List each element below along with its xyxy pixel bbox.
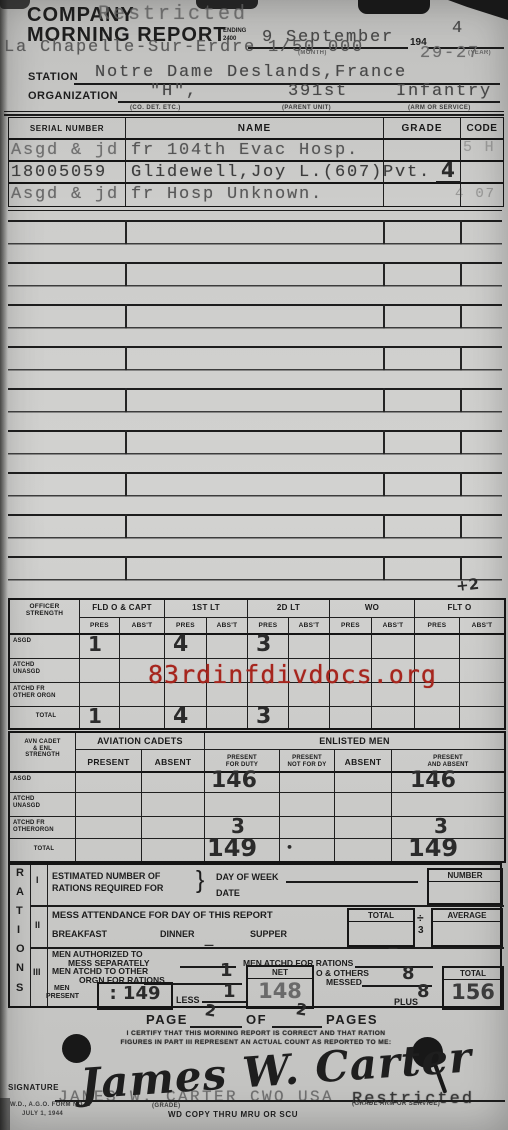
roster-row2-code-underline	[436, 181, 460, 183]
officer-cell: 4	[165, 707, 207, 728]
officer-cell	[289, 707, 330, 728]
roster-row1-code-faint: 5 H	[463, 139, 495, 156]
restricted-stamp-top: Restricted	[98, 3, 248, 26]
officer-sub-abst: ABS'T	[372, 618, 415, 635]
officer-cell	[372, 635, 415, 659]
blank-rows-divider-serial	[125, 220, 127, 599]
officer-cell	[460, 683, 504, 707]
roster-extra-rule	[8, 210, 502, 211]
enlisted-sub-av-absent: ABSENT	[142, 750, 205, 773]
site-watermark: 83rdinfdivdocs.org	[148, 660, 437, 689]
officer-cell: 1	[80, 635, 120, 659]
men-present-line1: MEN	[54, 985, 70, 992]
day-of-week-label: DAY OF WEEK	[216, 872, 279, 882]
men-present-value: : 149	[99, 983, 171, 1004]
roster-row1-serial: Asgd & jd	[9, 140, 126, 162]
rations-side-letter: R	[16, 867, 24, 879]
mess-total-box: TOTAL	[347, 908, 415, 947]
ration-total-value: 156	[444, 980, 502, 1004]
enlisted-cell: 149	[205, 839, 280, 861]
margin-note-hand: +2	[455, 575, 480, 595]
officer-group-2dlt: 2D LT	[248, 600, 330, 618]
rations-part3-numeral: III	[33, 967, 41, 977]
enlisted-cell	[335, 839, 392, 861]
pages-underline	[272, 1026, 322, 1028]
enlisted-row-label: TOTAL	[10, 839, 76, 861]
plus-label: PLUS	[394, 997, 418, 1007]
average-box: AVERAGE	[431, 908, 503, 947]
station-label: STATION	[28, 71, 78, 83]
enlisted-group-aviation: AVIATION CADETS	[76, 733, 205, 750]
officer-group-wo: WO	[330, 600, 415, 618]
mess-attendance-title: MESS ATTENDANCE FOR DAY OF THIS REPORT	[52, 910, 273, 921]
supper-label: SUPPER	[250, 929, 287, 939]
rations-estimated-line2: RATIONS REQUIRED FOR	[52, 883, 163, 893]
organization-underline	[118, 101, 500, 103]
officer-cell	[120, 707, 165, 728]
officer-row-label: TOTAL	[10, 707, 80, 728]
men-present-line2: PRESENT	[46, 993, 79, 1000]
roster-row3-serial: Asgd & jd	[9, 184, 126, 206]
enlisted-cell: 146	[205, 773, 280, 793]
form-number-line2: JULY 1, 1944	[22, 1111, 63, 1117]
roster-row3-code-faint: 4 07	[455, 186, 496, 202]
officer-cell	[207, 635, 248, 659]
rations-side-letter: I	[17, 924, 20, 936]
roster-row2-name: Glidewell,Joy L.(607)Pvt.	[126, 162, 384, 184]
signature-label: SIGNATURE	[8, 1083, 59, 1092]
officer-group-1stlt: 1ST LT	[165, 600, 248, 618]
enlisted-cell	[142, 773, 205, 793]
grade-label: (GRADE)	[152, 1103, 180, 1109]
officer-cell	[460, 659, 504, 683]
roster-row1-name: fr 104th Evac Hosp.	[126, 140, 384, 162]
double-rule-thin	[4, 111, 504, 112]
station-typed: Notre Dame Deslands,France	[95, 63, 407, 82]
enlisted-cell	[280, 817, 335, 839]
enlisted-cell: 146	[392, 773, 504, 793]
enlisted-row-label: ATCHDUNASGD	[10, 793, 76, 817]
average-box-label: AVERAGE	[433, 910, 501, 922]
plus-value: 8	[417, 981, 430, 1002]
roster-row3-name: fr Hosp Unknown.	[126, 184, 384, 206]
officer-cell	[460, 707, 504, 728]
officer-cell	[372, 707, 415, 728]
officer-sub-pres: PRES	[415, 618, 460, 635]
officer-cell: 4	[165, 635, 207, 659]
org-company-typed: "H",	[150, 82, 198, 101]
page-underline	[190, 1026, 242, 1028]
mess-total-box-label: TOTAL	[349, 910, 413, 922]
top-right-blot	[448, 0, 508, 20]
form-number-line1: W.D., A.G.O. FORM NO. 1	[10, 1102, 91, 1108]
officer-sub-pres: PRES	[330, 618, 372, 635]
officer-row-label: ATCHD FROTHER ORGN	[10, 683, 80, 707]
dash1-hand: —	[204, 940, 214, 951]
enlisted-cell	[280, 793, 335, 817]
officer-row-label: ATCHDUNASGD	[10, 659, 80, 683]
pages-label: PAGES	[326, 1012, 378, 1027]
officer-cell	[330, 635, 372, 659]
rations-part2-numeral: II	[35, 920, 40, 930]
number-box: NUMBER	[427, 868, 503, 905]
divide-sign: ÷	[417, 911, 424, 925]
enlisted-cell	[76, 793, 142, 817]
officer-cell	[289, 635, 330, 659]
officer-sub-abst: ABS'T	[207, 618, 248, 635]
dinner-label: DINNER	[160, 929, 195, 939]
enlisted-row-label: ASGD	[10, 773, 76, 793]
enlisted-cell	[335, 773, 392, 793]
roster-col-code: CODE	[461, 118, 503, 140]
left-edge-shadow	[0, 0, 8, 1130]
ration-total-box-label: TOTAL	[444, 968, 502, 980]
less-value: 1	[223, 981, 236, 1002]
officer-cell: 3	[248, 707, 289, 728]
officer-corner: OFFICERSTRENGTH	[10, 600, 80, 635]
officer-cell	[415, 707, 460, 728]
enlisted-row-label: ATCHD FROTHERORGN	[10, 817, 76, 839]
enlisted-sub-pnfd: PRESENTNOT FOR DY	[280, 750, 335, 773]
officer-group-fldo: FLD O & CAPT	[80, 600, 165, 618]
officer-row-label: ASGD	[10, 635, 80, 659]
officer-cell	[120, 635, 165, 659]
enlisted-sub-av-present: PRESENT	[76, 750, 142, 773]
enlisted-group-enlisted: ENLISTED MEN	[205, 733, 504, 750]
enlisted-cell	[76, 773, 142, 793]
page-label: PAGE	[146, 1012, 188, 1027]
breakfast-label: BREAKFAST	[52, 929, 107, 939]
rations-numeral-divider	[47, 865, 48, 1006]
top-blot-2	[358, 0, 430, 14]
officer-sub-abst: ABS'T	[460, 618, 504, 635]
enlisted-cell	[142, 793, 205, 817]
date-label: DATE	[216, 888, 240, 898]
enlisted-cell	[335, 817, 392, 839]
enlisted-cell: •	[280, 839, 335, 861]
bottom-left-blot	[0, 1098, 10, 1130]
certify-line1: I CERTIFY THAT THIS MORNING REPORT IS CO…	[100, 1030, 412, 1037]
roster-row2-code	[461, 162, 503, 184]
enlisted-cell	[142, 839, 205, 861]
officer-group-flto: FLT O	[415, 600, 504, 618]
enlisted-cell	[142, 817, 205, 839]
map-coords-typed: 29-27	[420, 44, 480, 63]
blank-roster-rows	[8, 220, 502, 599]
enlisted-corner: AVN CADET& ENLSTRENGTH	[10, 733, 76, 773]
enlisted-cell	[76, 817, 142, 839]
officer-cell	[330, 707, 372, 728]
dash2-hand: —	[388, 943, 398, 954]
blank-rows-divider-grade	[383, 220, 385, 599]
day-of-week-underline	[286, 881, 418, 883]
rations-estimated-line1: ESTIMATED NUMBER OF	[52, 871, 160, 881]
enlisted-strength-table: AVN CADET& ENLSTRENGTH AVIATION CADETS E…	[8, 731, 506, 863]
page-value: 2	[204, 1000, 218, 1020]
org-branch-typed: Infantry	[396, 82, 492, 101]
ending-label: ENDING	[223, 28, 246, 34]
roster-col-grade: GRADE	[384, 118, 461, 140]
other-orgn-value: 1	[220, 960, 233, 981]
top-left-blot	[0, 0, 30, 9]
year-typed: 4	[452, 19, 464, 38]
grade-arm-label: (GRADE ARM OR SERVICE)	[352, 1101, 440, 1107]
blank-rows-divider-code	[460, 220, 462, 599]
roster-row2-serial: 18005059	[9, 162, 126, 184]
rations-side-letter: N	[16, 962, 24, 974]
divide-by-three: 3	[418, 925, 424, 936]
rations-brace: }	[196, 866, 204, 895]
others-line2: MESSED	[326, 977, 362, 987]
officer-cell	[207, 707, 248, 728]
org-regiment-typed: 391st	[288, 82, 348, 101]
officer-cell: 1	[80, 707, 120, 728]
morning-report-form: COMPANY Restricted MORNING REPORT ENDING…	[0, 0, 508, 1130]
enlisted-cell	[76, 839, 142, 861]
others-value: 8	[402, 963, 415, 984]
enlisted-cell	[280, 773, 335, 793]
roster-row3-grade	[384, 184, 461, 206]
roster-col-name: NAME	[126, 118, 384, 140]
officer-cell	[80, 659, 120, 683]
roster-table: SERIAL NUMBER NAME GRADE CODE Asgd & jd …	[8, 117, 504, 207]
rations-side-letter: O	[16, 943, 25, 955]
officer-cell	[415, 635, 460, 659]
rations-part1-numeral: I	[36, 875, 39, 885]
officer-cell: 3	[248, 635, 289, 659]
ration-total-box: TOTAL 156	[442, 966, 504, 1010]
organization-label: ORGANIZATION	[28, 90, 118, 102]
copy-routing: WD COPY THRU MRU OR SCU	[168, 1110, 298, 1119]
rations-side-letter: S	[16, 982, 23, 994]
less-label: LESS	[176, 995, 200, 1005]
men-present-box: : 149	[97, 982, 173, 1010]
roster-row2-code-hand: 4	[441, 158, 455, 182]
map-reference-typed: La Chapelle-Sur-Erdre 1/50 000	[4, 38, 364, 57]
officer-sub-abst: ABS'T	[120, 618, 165, 635]
rations-divider-1	[30, 905, 504, 907]
of-label: OF	[246, 1012, 267, 1027]
pages-value: 2	[295, 999, 309, 1019]
enlisted-cell	[392, 793, 504, 817]
enlisted-cell	[335, 793, 392, 817]
rations-section: R A T I O N S I ESTIMATED NUMBER OF RATI…	[8, 863, 502, 1008]
enlisted-cell: 149	[392, 839, 504, 861]
enlisted-sub-absent: ABSENT	[335, 750, 392, 773]
rations-letters-divider	[30, 865, 31, 1006]
officer-sub-abst: ABS'T	[289, 618, 330, 635]
officer-cell	[460, 635, 504, 659]
rations-side-letter: A	[16, 886, 24, 898]
number-box-label: NUMBER	[429, 870, 501, 882]
roster-col-serial: SERIAL NUMBER	[9, 118, 126, 140]
rations-side-letter: T	[16, 905, 23, 917]
double-rule-thick	[4, 114, 504, 117]
net-box-label: NET	[248, 967, 312, 979]
